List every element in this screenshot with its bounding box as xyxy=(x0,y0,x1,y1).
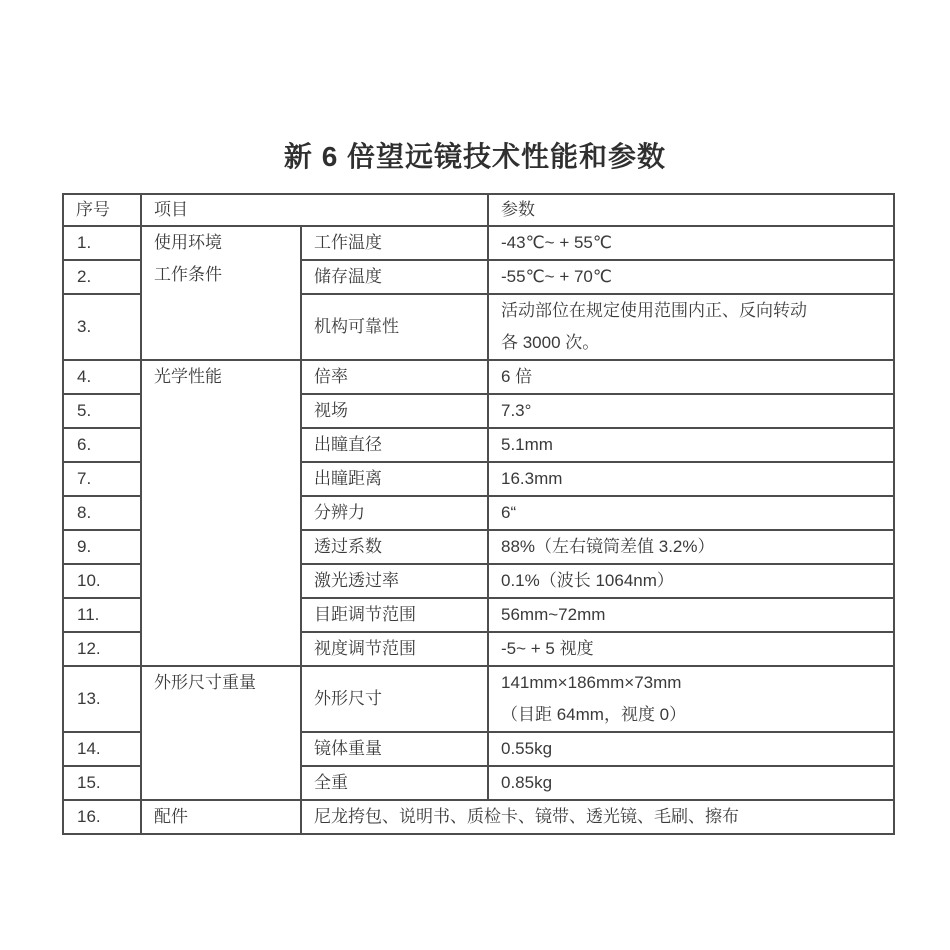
page-title: 新 6 倍望远镜技术性能和参数 xyxy=(0,135,950,175)
sub-item-cell: 视度调节范围 xyxy=(301,632,488,666)
table-row: 4. 光学性能 倍率 6 倍 xyxy=(63,360,894,394)
header-item: 项目 xyxy=(141,194,488,226)
row-number: 11. xyxy=(63,598,141,632)
row-number: 12. xyxy=(63,632,141,666)
header-index: 序号 xyxy=(63,194,141,226)
param-value-cell: 6“ xyxy=(488,496,894,530)
param-value-cell: 活动部位在规定使用范围内正、反向转动 各 3000 次。 xyxy=(488,294,894,360)
param-value-cell: -43℃~ + 55℃ xyxy=(488,226,894,260)
table-row: 16. 配件 尼龙挎包、说明书、质检卡、镜带、透光镜、毛刷、擦布 xyxy=(63,800,894,834)
table-header-row: 序号 项目 参数 xyxy=(63,194,894,226)
param-value-cell: -55℃~ + 70℃ xyxy=(488,260,894,294)
param-value-cell: 56mm~72mm xyxy=(488,598,894,632)
sub-item-cell: 全重 xyxy=(301,766,488,800)
param-value-cell: 141mm×186mm×73mm （目距 64mm，视度 0） xyxy=(488,666,894,732)
row-number: 15. xyxy=(63,766,141,800)
param-value-cell: 0.1%（波长 1064nm） xyxy=(488,564,894,598)
row-number: 14. xyxy=(63,732,141,766)
table-row: 13. 外形尺寸重量 外形尺寸 141mm×186mm×73mm （目距 64m… xyxy=(63,666,894,732)
row-number: 3. xyxy=(63,294,141,360)
row-number: 6. xyxy=(63,428,141,462)
sub-item-cell: 分辨力 xyxy=(301,496,488,530)
sub-item-cell: 机构可靠性 xyxy=(301,294,488,360)
param-value-cell: 尼龙挎包、说明书、质检卡、镜带、透光镜、毛刷、擦布 xyxy=(301,800,894,834)
row-number: 8. xyxy=(63,496,141,530)
row-number: 9. xyxy=(63,530,141,564)
item-group-cell: 外形尺寸重量 xyxy=(141,666,301,800)
table-row: 1. 使用环境 工作条件 工作温度 -43℃~ + 55℃ xyxy=(63,226,894,260)
param-value-cell: 5.1mm xyxy=(488,428,894,462)
row-number: 5. xyxy=(63,394,141,428)
row-number: 4. xyxy=(63,360,141,394)
sub-item-cell: 视场 xyxy=(301,394,488,428)
sub-item-cell: 出瞳直径 xyxy=(301,428,488,462)
item-group-cell: 光学性能 xyxy=(141,360,301,666)
sub-item-cell: 镜体重量 xyxy=(301,732,488,766)
sub-item-cell: 出瞳距离 xyxy=(301,462,488,496)
item-group-cell: 使用环境 工作条件 xyxy=(141,226,301,360)
param-value-cell: 7.3° xyxy=(488,394,894,428)
param-value-cell: 6 倍 xyxy=(488,360,894,394)
row-number: 10. xyxy=(63,564,141,598)
param-value-cell: 0.55kg xyxy=(488,732,894,766)
sub-item-cell: 外形尺寸 xyxy=(301,666,488,732)
sub-item-cell: 工作温度 xyxy=(301,226,488,260)
row-number: 1. xyxy=(63,226,141,260)
item-group-cell: 配件 xyxy=(141,800,301,834)
row-number: 13. xyxy=(63,666,141,732)
param-value-cell: 0.85kg xyxy=(488,766,894,800)
document-page: 新 6 倍望远镜技术性能和参数 序号 项目 参数 1. 使用环境 工作条件 工作… xyxy=(0,0,950,950)
sub-item-cell: 倍率 xyxy=(301,360,488,394)
row-number: 2. xyxy=(63,260,141,294)
sub-item-cell: 储存温度 xyxy=(301,260,488,294)
param-value-cell: 16.3mm xyxy=(488,462,894,496)
sub-item-cell: 激光透过率 xyxy=(301,564,488,598)
sub-item-cell: 目距调节范围 xyxy=(301,598,488,632)
header-param: 参数 xyxy=(488,194,894,226)
param-value-cell: 88%（左右镜筒差值 3.2%） xyxy=(488,530,894,564)
sub-item-cell: 透过系数 xyxy=(301,530,488,564)
row-number: 7. xyxy=(63,462,141,496)
spec-table: 序号 项目 参数 1. 使用环境 工作条件 工作温度 -43℃~ + 55℃ 2… xyxy=(62,193,895,835)
row-number: 16. xyxy=(63,800,141,834)
param-value-cell: -5~ + 5 视度 xyxy=(488,632,894,666)
